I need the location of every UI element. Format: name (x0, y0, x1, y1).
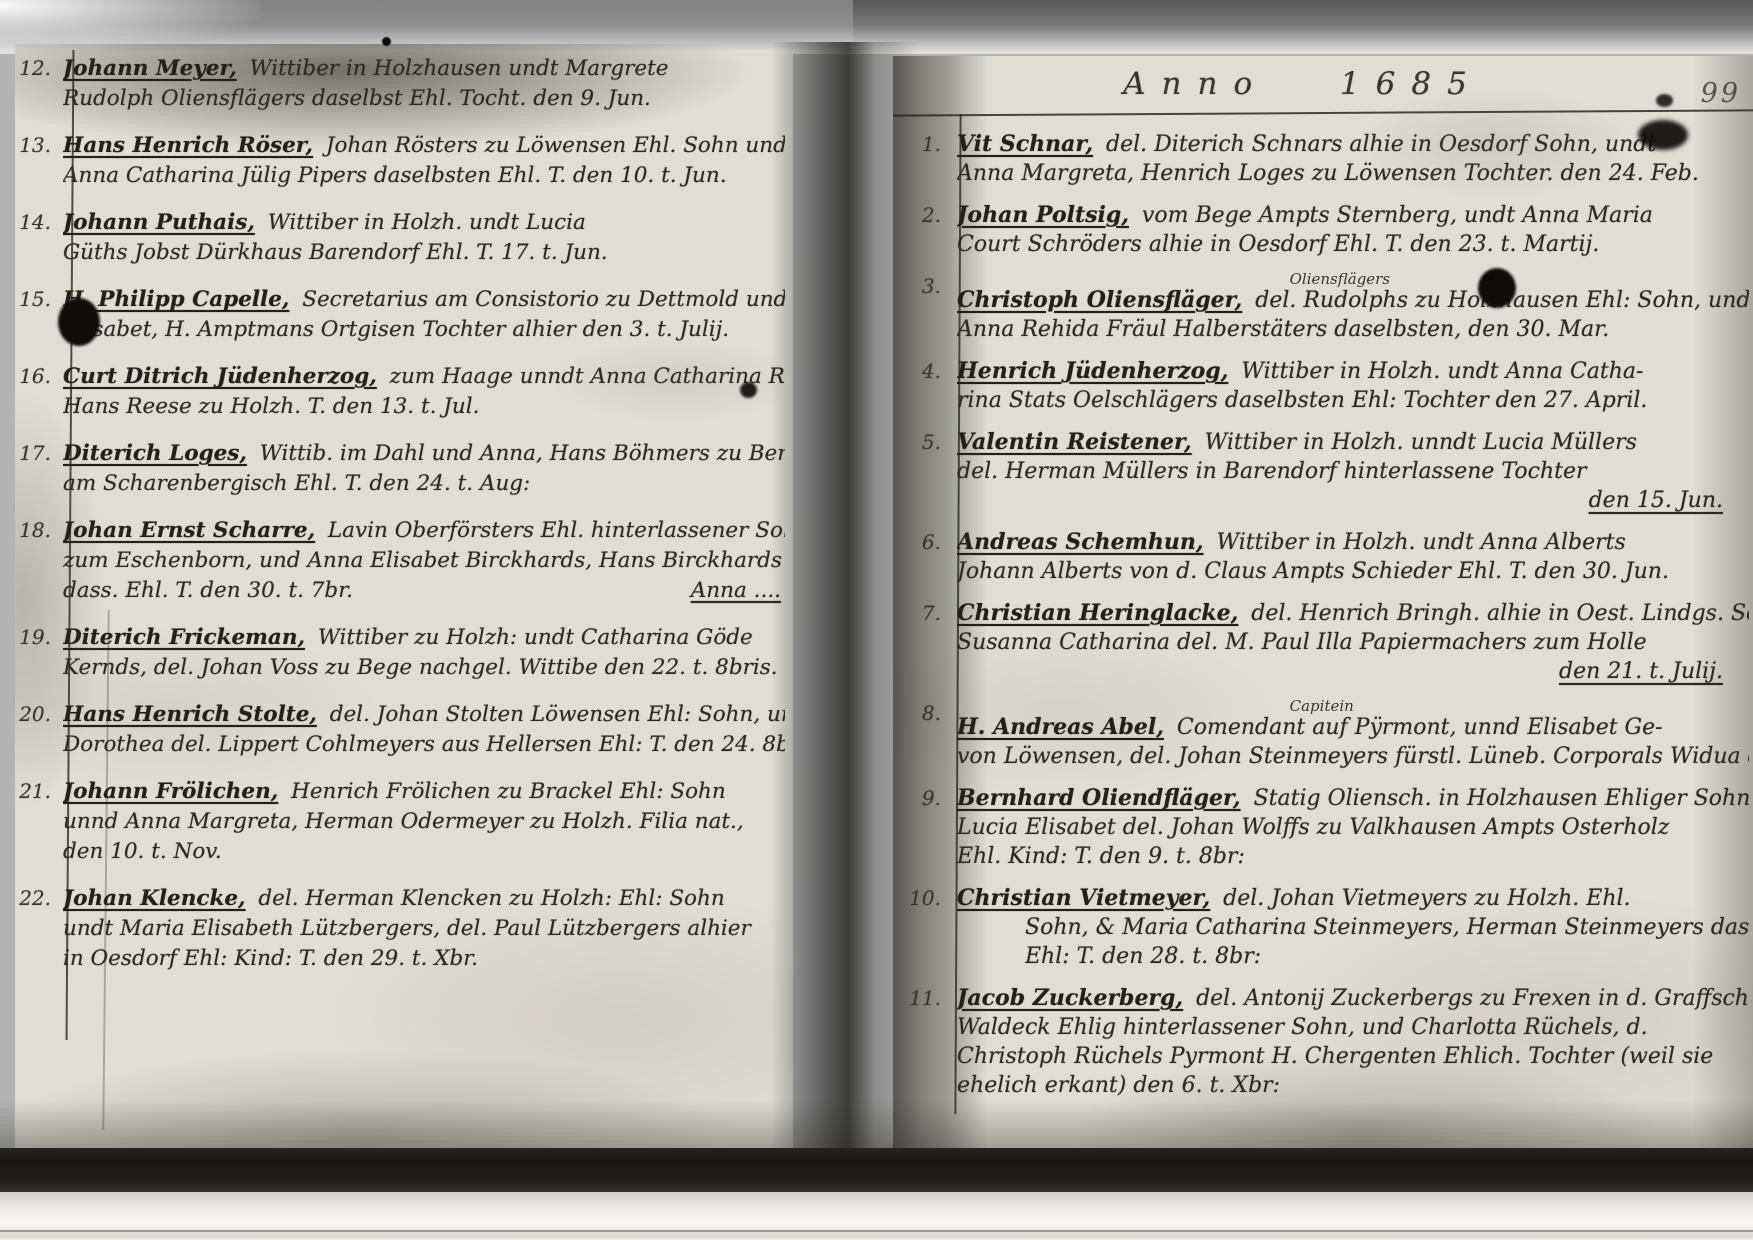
entry-line: Anna Rehida Fräul Halberstäters daselbst… (957, 315, 1749, 344)
entry-text: Valentin Reistener, Wittiber in Holzh. u… (957, 428, 1749, 515)
entry-line: Curt Ditrich Jüdenherzog, zum Haage unnd… (63, 362, 785, 392)
entry-number: 21. (15, 777, 63, 803)
entry-line: Kernds, del. Johan Voss zu Bege nachgel.… (63, 653, 785, 683)
entry-name: Diterich Loges, (63, 441, 253, 466)
entry-line: von Löwensen, del. Johan Steinmeyers für… (957, 742, 1749, 771)
entry-line: Waldeck Ehlig hinterlassener Sohn, und C… (957, 1013, 1749, 1042)
entry-line: den 15. Jun. (957, 486, 1749, 515)
entry-name: Jacob Zuckerberg, (957, 985, 1189, 1011)
entry-text: Christian Vietmeyer, del. Johan Vietmeye… (957, 884, 1749, 971)
register-entry: 17.Diterich Loges, Wittib. im Dahl und A… (15, 439, 785, 499)
entry-line: Valentin Reistener, Wittiber in Holzh. u… (957, 428, 1749, 457)
entry-number: 8. (899, 699, 957, 725)
entry-line-text: Wittiber in Holzh. undt Lucia (261, 210, 586, 235)
entry-line-text: Lavin Oberförsters Ehl. hinterlassener S… (321, 518, 785, 543)
entry-line-text: Wittiber in Holzhausen undt Margrete (243, 56, 669, 81)
entry-name: Hans Henrich Stolte, (63, 702, 323, 727)
entry-name: Christian Heringlacke, (957, 600, 1244, 626)
entry-name: Vit Schnar, (957, 131, 1099, 157)
entry-name: Johan Poltsig, (957, 202, 1135, 228)
entry-text: Hans Henrich Röser, Johan Rösters zu Löw… (63, 131, 785, 191)
entry-line: Anna Margreta, Henrich Loges zu Löwensen… (957, 159, 1749, 188)
entry-line: Diterich Loges, Wittib. im Dahl und Anna… (63, 439, 785, 469)
marginal-note: Anna .... (691, 576, 785, 606)
entry-name: Christoph Oliensfläger, (957, 287, 1248, 313)
entry-name: Johann Meyer, (63, 56, 243, 81)
entry-text: Johan Poltsig, vom Bege Ampts Sternberg,… (957, 201, 1749, 259)
entry-text: Diterich Loges, Wittib. im Dahl und Anna… (63, 439, 785, 499)
page-number: 99 (1701, 78, 1741, 109)
entry-text: Hans Henrich Stolte, del. Johan Stolten … (63, 700, 785, 760)
entry-line: Johann Puthais, Wittiber in Holzh. undt … (63, 208, 785, 238)
entry-line: Hans Henrich Stolte, del. Johan Stolten … (63, 700, 785, 730)
entry-text: Vit Schnar, del. Diterich Schnars alhie … (957, 130, 1749, 188)
entry-text: H. Philipp Capelle, Secretarius am Consi… (63, 285, 785, 345)
scanner-background-top (0, 0, 1753, 54)
entry-line: Johann Alberts von d. Claus Ampts Schied… (957, 557, 1749, 586)
entry-name: Johann Puthais, (63, 210, 261, 235)
entry-number: 5. (899, 428, 957, 454)
entry-line: Susanna Catharina del. M. Paul Illa Papi… (957, 628, 1749, 657)
entry-line: Hans Henrich Röser, Johan Rösters zu Löw… (63, 131, 785, 161)
entry-name: Bernhard Oliendfläger, (957, 785, 1247, 811)
entry-line: Elisabet, H. Amptmans Ortgisen Tochter a… (63, 315, 785, 345)
entry-line-text: del. Diterich Schnars alhie in Oesdorf S… (1099, 132, 1656, 157)
entry-text: Johann Frölichen, Henrich Frölichen zu B… (63, 777, 785, 867)
entry-text: Diterich Frickeman, Wittiber zu Holzh: u… (63, 623, 785, 683)
register-entry: 2.Johan Poltsig, vom Bege Ampts Sternber… (899, 201, 1749, 259)
entry-line-text: del. Herman Klencken zu Holzh: Ehl: Sohn (252, 886, 725, 911)
entry-line: den 10. t. Nov. (63, 837, 785, 867)
ink-blot (1638, 120, 1688, 150)
entry-line: unnd Anna Margreta, Herman Odermeyer zu … (63, 807, 785, 837)
entry-number: 4. (899, 357, 957, 383)
entry-number: 16. (15, 362, 63, 388)
interlinear-note: Oliensflägers (1290, 272, 1749, 286)
entry-line: Diterich Frickeman, Wittiber zu Holzh: u… (63, 623, 785, 653)
scanner-background-bottom (0, 1192, 1753, 1240)
register-entry: 5.Valentin Reistener, Wittiber in Holzh.… (899, 428, 1749, 515)
entry-number: 6. (899, 528, 957, 554)
entry-number: 1. (899, 130, 957, 156)
entry-line: H. Philipp Capelle, Secretarius am Consi… (63, 285, 785, 315)
register-entry: 15.H. Philipp Capelle, Secretarius am Co… (15, 285, 785, 345)
entry-line: H. Andreas Abel, Comendant auf Pÿrmont, … (957, 713, 1749, 742)
entry-line: Bernhard Oliendfläger, Statig Oliensch. … (957, 784, 1749, 813)
entry-line: am Scharenbergisch Ehl. T. den 24. t. Au… (63, 469, 785, 499)
right-page: Anno 1685 99 1.Vit Schnar, del. Diterich… (893, 56, 1753, 1150)
entry-line-text: del. Antonij Zuckerbergs zu Frexen in d.… (1189, 986, 1749, 1011)
register-entry: 19.Diterich Frickeman, Wittiber zu Holzh… (15, 623, 785, 683)
entry-line-text: Wittiber in Holzh. undt Anna Alberts (1210, 530, 1626, 555)
entry-line-text: Wittiber in Holzh. undt Anna Catha- (1234, 359, 1643, 384)
register-entry: 16.Curt Ditrich Jüdenherzog, zum Haage u… (15, 362, 785, 422)
year-header: Anno 1685 (1003, 66, 1603, 102)
entry-number: 12. (15, 54, 63, 80)
entry-line: Hans Reese zu Holzh. T. den 13. t. Jul. (63, 392, 785, 422)
entry-number: 7. (899, 599, 957, 625)
entry-line: Christoph Rüchels Pyrmont H. Chergenten … (957, 1042, 1749, 1071)
ink-blot (740, 382, 757, 398)
entry-line: ehelich erkant) den 6. t. Xbr: (957, 1071, 1749, 1100)
entry-name: Valentin Reistener, (957, 429, 1198, 455)
entry-line: Jacob Zuckerberg, del. Antonij Zuckerber… (957, 984, 1749, 1013)
entry-line-text: Johan Rösters zu Löwensen Ehl. Sohn undt (319, 133, 785, 158)
entry-line: Lucia Elisabet del. Johan Wolffs zu Valk… (957, 813, 1749, 842)
entry-line-text: Secretarius am Consistorio zu Dettmold u… (295, 287, 785, 312)
entry-line: Andreas Schemhun, Wittiber in Holzh. und… (957, 528, 1749, 557)
register-entry: 21.Johann Frölichen, Henrich Frölichen z… (15, 777, 785, 867)
entry-name: Johann Frölichen, (63, 779, 284, 804)
header-rule (893, 109, 1753, 116)
entry-name: Johan Klencke, (63, 886, 252, 911)
entry-line-text: Statig Oliensch. in Holzhausen Ehliger S… (1247, 786, 1749, 811)
entry-line: Sohn, & Maria Catharina Steinmeyers, Her… (1025, 913, 1749, 942)
register-entry: 18.Johan Ernst Scharre, Lavin Oberförste… (15, 516, 785, 606)
register-entry: 8.CapiteinH. Andreas Abel, Comendant auf… (899, 699, 1749, 771)
entry-line-text: Wittiber zu Holzh: undt Catharina Göde (311, 625, 753, 650)
entry-name: H. Philipp Capelle, (63, 287, 295, 312)
register-entry: 11.Jacob Zuckerberg, del. Antonij Zucker… (899, 984, 1749, 1100)
entry-text: Andreas Schemhun, Wittiber in Holzh. und… (957, 528, 1749, 586)
scanned-register-spread: 12.Johann Meyer, Wittiber in Holzhausen … (0, 0, 1753, 1240)
register-entry: 4.Henrich Jüdenherzog, Wittiber in Holzh… (899, 357, 1749, 415)
entry-text: CapiteinH. Andreas Abel, Comendant auf P… (957, 699, 1749, 771)
entry-line: Vit Schnar, del. Diterich Schnars alhie … (957, 130, 1749, 159)
entry-line: Ehl. Kind: T. den 9. t. 8br: (957, 842, 1749, 871)
entry-line: Christoph Oliensfläger, del. Rudolphs zu… (957, 286, 1749, 315)
entry-line: in Oesdorf Ehl: Kind: T. den 29. t. Xbr. (63, 944, 785, 974)
entry-text: Jacob Zuckerberg, del. Antonij Zuckerber… (957, 984, 1749, 1100)
register-entry: 3.OliensflägersChristoph Oliensfläger, d… (899, 272, 1749, 344)
entry-name: Hans Henrich Röser, (63, 133, 319, 158)
ink-blot (58, 298, 100, 346)
entry-number: 22. (15, 884, 63, 910)
entry-line: Anna Catharina Jülig Pipers daselbsten E… (63, 161, 785, 191)
entry-line: undt Maria Elisabeth Lützbergers, del. P… (63, 914, 785, 944)
ink-speck (382, 37, 391, 46)
register-entry: 12.Johann Meyer, Wittiber in Holzhausen … (15, 54, 785, 114)
left-page: 12.Johann Meyer, Wittiber in Holzhausen … (15, 50, 793, 1150)
entry-number: 15. (15, 285, 63, 311)
entry-line: Johann Frölichen, Henrich Frölichen zu B… (63, 777, 785, 807)
left-page-entries: 12.Johann Meyer, Wittiber in Holzhausen … (15, 54, 785, 974)
register-entry: 9.Bernhard Oliendfläger, Statig Oliensch… (899, 784, 1749, 871)
entry-line: Henrich Jüdenherzog, Wittiber in Holzh. … (957, 357, 1749, 386)
entry-line-text: zum Haage unndt Anna Catharina Reese, (383, 364, 785, 389)
entry-line: Christian Vietmeyer, del. Johan Vietmeye… (957, 884, 1749, 913)
entry-line: del. Herman Müllers in Barendorf hinterl… (957, 457, 1749, 486)
entry-line: Johan Ernst Scharre, Lavin Oberförsters … (63, 516, 785, 546)
entry-text: Johann Puthais, Wittiber in Holzh. undt … (63, 208, 785, 268)
entry-line-text: del. Johan Stolten Löwensen Ehl: Sohn, u… (323, 702, 785, 727)
entry-number: 17. (15, 439, 63, 465)
entry-text: Henrich Jüdenherzog, Wittiber in Holzh. … (957, 357, 1749, 415)
entry-number: 20. (15, 700, 63, 726)
entry-number: 13. (15, 131, 63, 157)
register-entry: 6.Andreas Schemhun, Wittiber in Holzh. u… (899, 528, 1749, 586)
entry-number: 2. (899, 201, 957, 227)
entry-line-text: Henrich Frölichen zu Brackel Ehl: Sohn (284, 779, 726, 804)
entry-line: den 21. t. Julij. (957, 657, 1749, 686)
entry-line: Christian Heringlacke, del. Henrich Brin… (957, 599, 1749, 628)
entry-name: Henrich Jüdenherzog, (957, 358, 1234, 384)
entry-text: Curt Ditrich Jüdenherzog, zum Haage unnd… (63, 362, 785, 422)
entry-line: dass. Ehl. T. den 30. t. 7br.Anna .... (63, 576, 785, 606)
entry-name: Curt Ditrich Jüdenherzog, (63, 364, 383, 389)
entry-text: OliensflägersChristoph Oliensfläger, del… (957, 272, 1749, 344)
entry-line: Güths Jobst Dürkhaus Barendorf Ehl. T. 1… (63, 238, 785, 268)
entry-name: Andreas Schemhun, (957, 529, 1210, 555)
entry-text: Johan Ernst Scharre, Lavin Oberförsters … (63, 516, 785, 606)
entry-name: H. Andreas Abel, (957, 714, 1170, 740)
entry-line: Court Schröders alhie in Oesdorf Ehl. T.… (957, 230, 1749, 259)
entry-text: Christian Heringlacke, del. Henrich Brin… (957, 599, 1749, 686)
entry-line: Johan Poltsig, vom Bege Ampts Sternberg,… (957, 201, 1749, 230)
ink-blot (1478, 268, 1516, 308)
register-entry: 22.Johan Klencke, del. Herman Klencken z… (15, 884, 785, 974)
entry-name: Johan Ernst Scharre, (63, 518, 321, 543)
entry-number: 14. (15, 208, 63, 234)
register-entry: 13.Hans Henrich Röser, Johan Rösters zu … (15, 131, 785, 191)
entry-number: 19. (15, 623, 63, 649)
register-entry: 14.Johann Puthais, Wittiber in Holzh. un… (15, 208, 785, 268)
entry-line: zum Eschenborn, und Anna Elisabet Birckh… (63, 546, 785, 576)
entry-line: Rudolph Oliensflägers daselbst Ehl. Toch… (63, 84, 785, 114)
ink-blot (1656, 94, 1673, 107)
right-page-entries: 1.Vit Schnar, del. Diterich Schnars alhi… (899, 130, 1749, 1100)
entry-line-text: Wittib. im Dahl und Anna, Hans Böhmers z… (253, 441, 785, 466)
entry-number: 9. (899, 784, 957, 810)
entry-line-text: vom Bege Ampts Sternberg, undt Anna Mari… (1135, 203, 1653, 228)
register-entry: 10.Christian Vietmeyer, del. Johan Vietm… (899, 884, 1749, 971)
register-entry: 7.Christian Heringlacke, del. Henrich Br… (899, 599, 1749, 686)
register-entry: 1.Vit Schnar, del. Diterich Schnars alhi… (899, 130, 1749, 188)
entry-line: Dorothea del. Lippert Cohlmeyers aus Hel… (63, 730, 785, 760)
register-entry: 20.Hans Henrich Stolte, del. Johan Stolt… (15, 700, 785, 760)
entry-text: Johan Klencke, del. Herman Klencken zu H… (63, 884, 785, 974)
entry-line-text: Comendant auf Pÿrmont, unnd Elisabet Ge- (1170, 715, 1663, 740)
entry-line-text: Wittiber in Holzh. unndt Lucia Müllers (1198, 430, 1637, 455)
entry-line-text: del. Henrich Bringh. alhie in Oest. Lind… (1244, 601, 1749, 626)
interlinear-note: Capitein (1290, 699, 1749, 713)
scan-bottom-black-band (0, 1148, 1753, 1192)
entry-number: 18. (15, 516, 63, 542)
entry-text: Bernhard Oliendfläger, Statig Oliensch. … (957, 784, 1749, 871)
entry-line: Johan Klencke, del. Herman Klencken zu H… (63, 884, 785, 914)
entry-line: rina Stats Oelschlägers daselbsten Ehl: … (957, 386, 1749, 415)
entry-number: 10. (899, 884, 957, 910)
entry-number: 3. (899, 272, 957, 298)
entry-line: Johann Meyer, Wittiber in Holzhausen und… (63, 54, 785, 84)
entry-text: Johann Meyer, Wittiber in Holzhausen und… (63, 54, 785, 114)
entry-line: Ehl: T. den 28. t. 8br: (1025, 942, 1749, 971)
entry-line-text: del. Johan Vietmeyers zu Holzh. Ehl. (1216, 886, 1630, 911)
entry-name: Christian Vietmeyer, (957, 885, 1216, 911)
page-bottom-shadow (0, 1100, 1753, 1150)
entry-number: 11. (899, 984, 957, 1010)
entry-name: Diterich Frickeman, (63, 625, 311, 650)
